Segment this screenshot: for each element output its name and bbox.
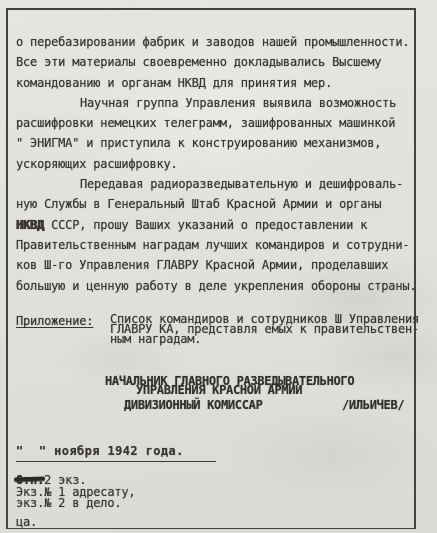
body-line: НКВД СССР, прошу Ваших указаний о предос…	[16, 215, 418, 235]
body-line: Научная группа Управления выявила возмож…	[16, 93, 418, 113]
date-line: " " ноября 1942 года.	[16, 444, 216, 462]
signature-name: /ИЛЬИЧЕВ/	[342, 398, 404, 412]
body-line: Передавая радиоразведывательную и дешифр…	[16, 174, 418, 194]
body-line: о перебазировании фабрик и заводов нашей…	[16, 32, 418, 52]
attachment-line: ным наградам.	[110, 334, 419, 344]
body-line: ускоряющих расшифровку.	[16, 154, 418, 174]
attachment-label: Приложение:	[16, 314, 93, 328]
distribution-line: экз.№ 2 в дело.	[16, 496, 121, 510]
body-line: Правительственным наградам лучших команд…	[16, 235, 418, 255]
signature-title-line: УПРАВЛЕНИЯ КРАСНОЙ АРМИИ	[136, 383, 302, 397]
typist-initials: ца.	[16, 515, 37, 529]
memo-body: о перебазировании фабрик и заводов нашей…	[16, 32, 418, 296]
page-border-frame: о перебазировании фабрик и заводов нашей…	[6, 8, 416, 529]
body-line-text: СССР, прошу Ваших указаний о предоставле…	[44, 218, 367, 232]
body-line: большую и ценную работу в деле укреплени…	[16, 276, 418, 296]
body-line: командованию и органам НКВД для принятия…	[16, 73, 418, 93]
signature-rank: ДИВИЗИОННЫЙ КОМИССАР	[124, 398, 263, 412]
distribution-note: Отп.2 экз. Экз.№ 1 адресату, экз.№ 2 в д…	[16, 473, 266, 515]
body-line: расшифровки немецких телеграмм, зашифров…	[16, 113, 418, 133]
scanned-document: о перебазировании фабрик и заводов нашей…	[0, 0, 437, 533]
body-line: ную Службы в Генеральный Штаб Красной Ар…	[16, 194, 418, 214]
overtyped-word-nkvd: НКВД	[16, 218, 44, 232]
body-line: " ЭНИГМА" и приступила к конструированию…	[16, 133, 418, 153]
body-line: ков Ш-го Управления ГЛАВРУ Красной Армии…	[16, 255, 418, 275]
attachment-section: Приложение: Список командиров и сотрудни…	[16, 314, 418, 354]
signature-block: НАЧАЛЬНИК ГЛАВНОГО РАЗВЕДЫВАТЕЛЬНОГО УПР…	[8, 374, 418, 414]
attachment-text: Список командиров и сотрудников Ш Управл…	[110, 314, 419, 345]
body-line: Все эти материалы своевременно докладыва…	[16, 52, 418, 72]
